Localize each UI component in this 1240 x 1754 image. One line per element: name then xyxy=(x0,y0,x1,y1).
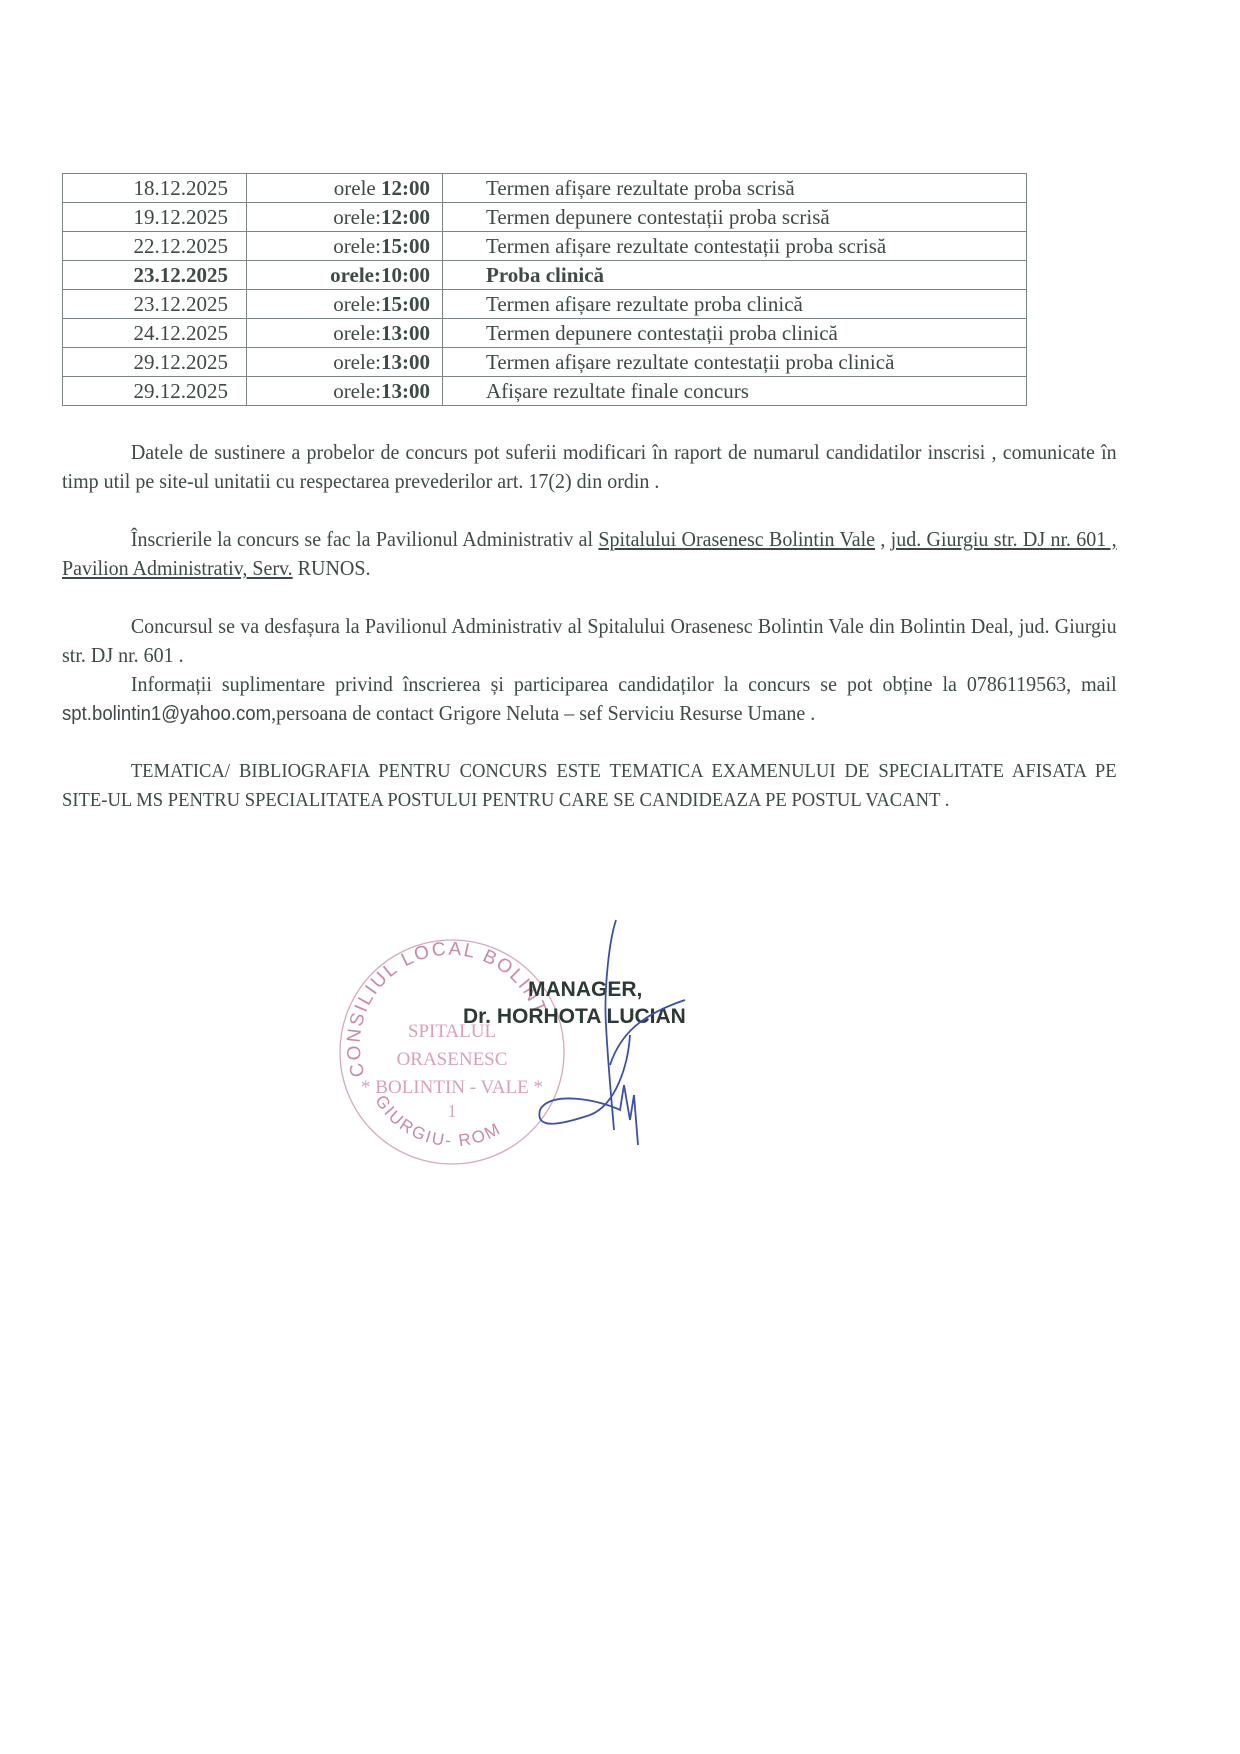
schedule-date: 19.12.2025 xyxy=(63,203,247,232)
paragraph-bibliography: TEMATICA/ BIBLIOGRAFIA PENTRU CONCURS ES… xyxy=(62,757,1117,815)
stamp-line-3: * BOLINTIN - VALE * xyxy=(361,1077,543,1098)
schedule-time: orele:15:00 xyxy=(247,232,443,261)
schedule-time: orele:13:00 xyxy=(247,319,443,348)
schedule-date: 29.12.2025 xyxy=(63,348,247,377)
schedule-description: Termen afișare rezultate contestații pro… xyxy=(443,232,1027,261)
schedule-date: 23.12.2025 xyxy=(63,290,247,319)
schedule-date: 22.12.2025 xyxy=(63,232,247,261)
schedule-description: Afișare rezultate finale concurs xyxy=(443,377,1027,406)
schedule-date: 23.12.2025 xyxy=(63,261,247,290)
schedule-date: 24.12.2025 xyxy=(63,319,247,348)
schedule-row: 23.12.2025orele:10:00Proba clinică xyxy=(63,261,1027,290)
schedule-time: orele:15:00 xyxy=(247,290,443,319)
schedule-description: Termen afișare rezultate proba scrisă xyxy=(443,174,1027,203)
stamp-line-4: 1 xyxy=(448,1101,457,1121)
schedule-date: 18.12.2025 xyxy=(63,174,247,203)
schedule-time: orele:12:00 xyxy=(247,203,443,232)
paragraph-contact: Informații suplimentare privind înscrier… xyxy=(62,670,1117,729)
stamp-line-2: ORASENESC xyxy=(397,1049,508,1070)
schedule-description: Proba clinică xyxy=(443,261,1027,290)
schedule-description: Termen depunere contestații proba clinic… xyxy=(443,319,1027,348)
schedule-row: 29.12.2025orele:13:00Afișare rezultate f… xyxy=(63,377,1027,406)
schedule-row: 22.12.2025orele:15:00Termen afișare rezu… xyxy=(63,232,1027,261)
schedule-description: Termen afișare rezultate contestații pro… xyxy=(443,348,1027,377)
paragraph-schedule-changes: Datele de sustinere a probelor de concur… xyxy=(62,438,1117,496)
paragraph-venue: Concursul se va desfașura la Pavilionul … xyxy=(62,612,1117,670)
schedule-time: orele 12:00 xyxy=(247,174,443,203)
schedule-time: orele:13:00 xyxy=(247,377,443,406)
schedule-row: 23.12.2025orele:15:00Termen afișare rezu… xyxy=(63,290,1027,319)
handwritten-signature xyxy=(520,915,700,1165)
schedule-date: 29.12.2025 xyxy=(63,377,247,406)
paragraph-registration: Înscrierile la concurs se fac la Pavilio… xyxy=(62,525,1117,583)
schedule-row: 19.12.2025orele:12:00Termen depunere con… xyxy=(63,203,1027,232)
contact-email[interactable]: spt.bolintin1@yahoo.com xyxy=(62,703,271,725)
schedule-time: orele:13:00 xyxy=(247,348,443,377)
schedule-row: 18.12.2025orele 12:00Termen afișare rezu… xyxy=(63,174,1027,203)
schedule-description: Termen afișare rezultate proba clinică xyxy=(443,290,1027,319)
schedule-row: 29.12.2025orele:13:00Termen afișare rezu… xyxy=(63,348,1027,377)
hospital-name: Spitalului Orasenesc Bolintin Vale xyxy=(598,527,875,551)
schedule-table: 18.12.2025orele 12:00Termen afișare rezu… xyxy=(62,173,1027,406)
schedule-description: Termen depunere contestații proba scrisă xyxy=(443,203,1027,232)
schedule-time: orele:10:00 xyxy=(247,261,443,290)
schedule-row: 24.12.2025orele:13:00Termen depunere con… xyxy=(63,319,1027,348)
